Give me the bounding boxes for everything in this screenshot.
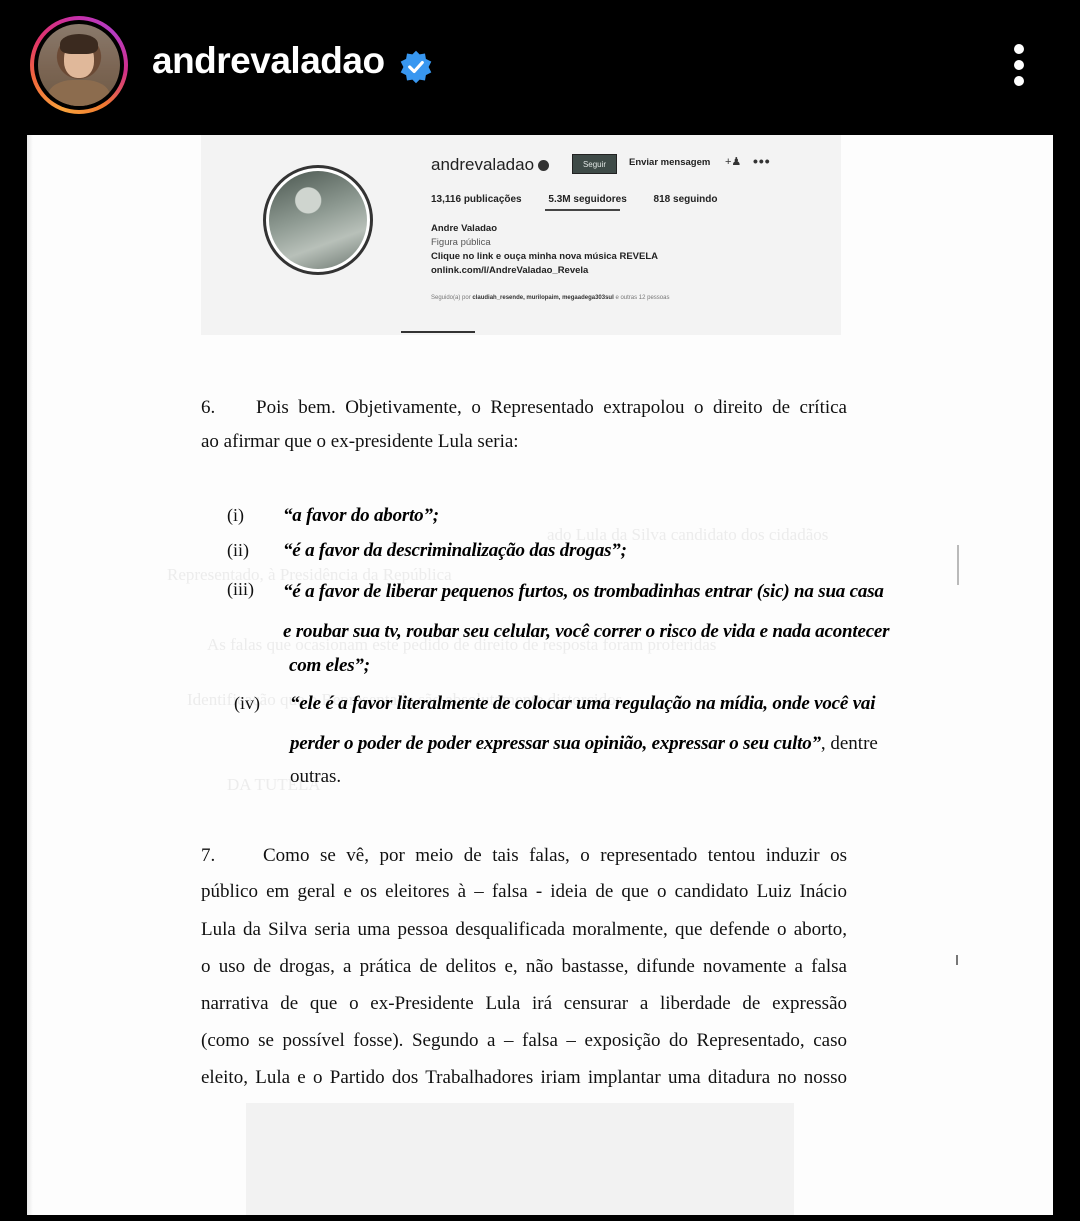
ig-posts-count: 13,116 publicações [431,194,522,205]
story-header: andrevaladao [0,0,1080,135]
ig-bio-text: Clique no link e ouça minha nova música … [431,250,658,264]
scan-artifact [957,545,959,585]
ig-more-icon: ••• [753,153,771,169]
redacted-block [246,1103,794,1215]
item-i-text: “a favor do aborto”; [283,505,439,527]
para7-number: 7. [201,845,215,867]
item-iv-line1: “ele é a favor literalmente de colocar u… [290,693,847,715]
ig-follow-button: Seguir [572,154,617,174]
ig-username: andrevaladao [431,155,549,175]
username[interactable]: andrevaladao [152,40,385,82]
item-ii-text: “é a favor da descriminalização das drog… [283,540,627,562]
ig-verified-icon [538,160,549,171]
ig-add-user-icon: +♟ [725,155,741,168]
para7-line: o uso de drogas, a prática de delitos e,… [201,956,847,978]
item-iii-line3: com eles”; [289,655,370,677]
para7-line: Lula da Silva seria uma pessoa desqualif… [201,919,847,941]
instagram-profile-screenshot: andrevaladao Seguir Enviar mensagem +♟ •… [201,135,841,335]
ig-full-name: Andre Valadao [431,222,658,236]
avatar-photo [38,24,120,106]
ig-bio-link: onlink.com/l/AndreValadao_Revela [431,264,658,278]
para6-number: 6. [201,397,215,419]
ig-stats: 13,116 publicações 5.3M seguidores 818 s… [431,194,741,205]
ig-bio: Andre Valadao Figura pública Clique no l… [431,222,658,278]
item-iv-line3: outras. [290,766,341,788]
item-iii-line2: e roubar sua tv, roubar seu celular, voc… [283,621,848,643]
para6-line2: ao afirmar que o ex-presidente Lula seri… [201,431,519,453]
item-ii-number: (ii) [227,540,249,561]
ig-category: Figura pública [431,236,658,250]
item-iii-number: (iii) [227,579,254,600]
profile-avatar[interactable] [30,16,128,114]
para7-line: eleito, Lula e o Partido dos Trabalhador… [201,1067,847,1089]
scan-artifact [956,955,958,965]
para6-line1: Pois bem. Objetivamente, o Representado … [256,397,847,419]
para7-line: (como se possível fosse). Segundo a – fa… [201,1030,847,1052]
item-i-number: (i) [227,505,244,526]
para7-line: público em geral e os eleitores à – fals… [201,881,847,903]
verified-badge-icon [398,49,434,85]
ig-followed-by: Seguido(a) por claudiah_resende, murilop… [431,295,669,301]
ig-following-count: 818 seguindo [654,194,718,205]
ig-message-button: Enviar mensagem [629,157,710,168]
scanned-document: ado Lula da Silva candidato dos cidadãos… [27,135,1053,1215]
vertical-ellipsis-icon[interactable] [1008,40,1030,90]
ig-followers-count: 5.3M seguidores [548,194,626,205]
item-iii-line1: “é a favor de liberar pequenos furtos, o… [283,581,848,603]
avatar-ring-gap [34,20,124,110]
ig-profile-picture [263,165,373,275]
para7-line: narrativa de que o ex-Presidente Lula ir… [201,993,847,1015]
para7-line: Como se vê, por meio de tais falas, o re… [263,845,847,867]
item-iv-line2: perder o poder de poder expressar sua op… [290,733,878,755]
item-iv-number: (iv) [234,693,260,714]
